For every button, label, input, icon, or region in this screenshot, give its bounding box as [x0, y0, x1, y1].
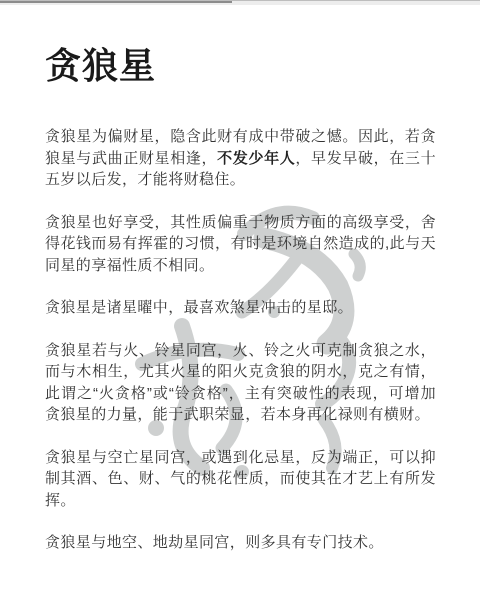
document-page: 贪狼星 贪狼星为偏财星，隐含此财有成中带破之憾。因此，若贪狼星与武曲正财星相逢，…: [0, 0, 480, 600]
paragraph: 贪狼星与地空、地劫星同宫，则多具有专门技术。: [45, 532, 436, 554]
paragraph: 贪狼星也好享受，其性质偏重于物质方面的高级享受，舍得花钱而易有挥霍的习惯，有时是…: [45, 212, 436, 277]
article-body: 贪狼星为偏财星，隐含此财有成中带破之憾。因此，若贪狼星与武曲正财星相逢，不发少年…: [45, 126, 436, 554]
paragraph: 贪狼星与空亡星同宫，或遇到化忌星，反为端正，可以抑制其酒、色、财、气的桃花性质，…: [45, 447, 436, 512]
article: 贪狼星 贪狼星为偏财星，隐含此财有成中带破之憾。因此，若贪狼星与武曲正财星相逢，…: [0, 0, 480, 554]
page-top-edge: [0, 0, 480, 5]
page-top-edge-shadow: [0, 1, 232, 3]
paragraph: 贪狼星若与火、铃星同宫，火、铃之火可克制贪狼之水，而与木相生，尤其火星的阳火克贪…: [45, 340, 436, 426]
bold-text-segment: 不发少年人: [217, 150, 295, 167]
paragraph: 贪狼星是诸星曜中，最喜欢煞星冲击的星邸。: [45, 297, 436, 319]
page-title: 贪狼星: [45, 0, 436, 86]
paragraph: 贪狼星为偏财星，隐含此财有成中带破之憾。因此，若贪狼星与武曲正财星相逢，不发少年…: [45, 126, 436, 191]
